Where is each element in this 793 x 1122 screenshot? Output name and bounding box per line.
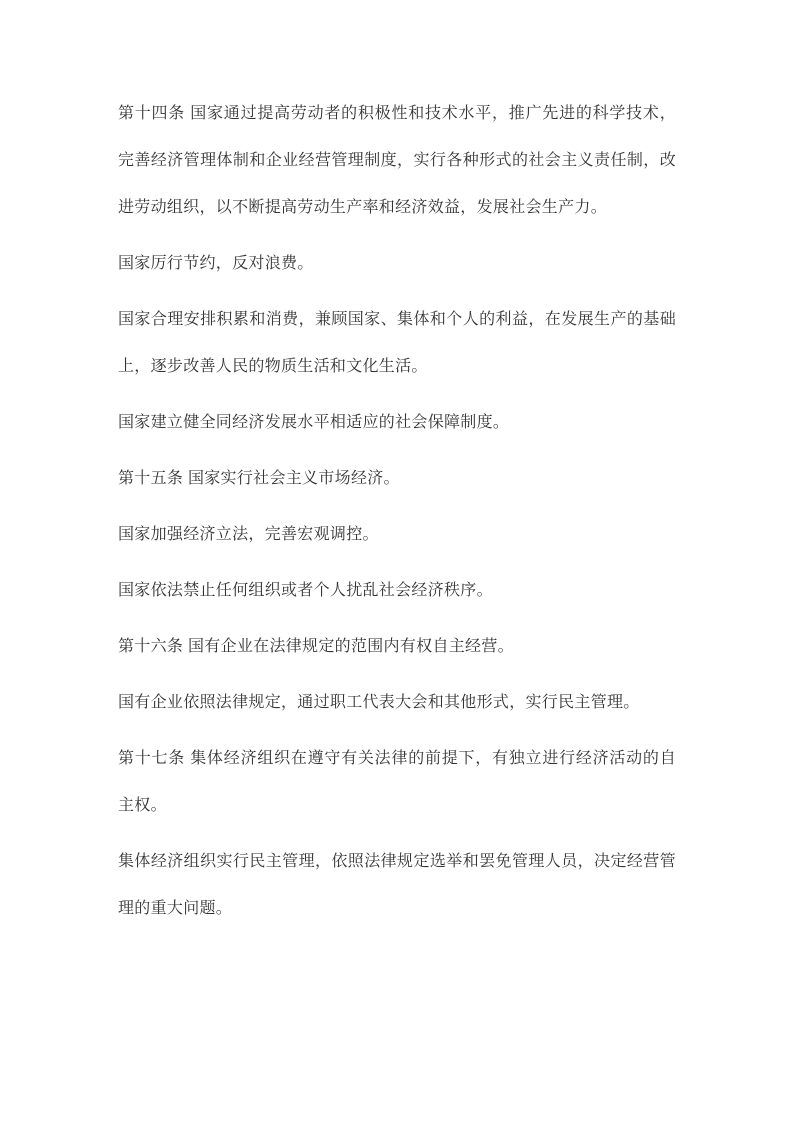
- paragraph-article-16: 第十六条 国有企业在法律规定的范围内有权自主经营。: [118, 623, 676, 670]
- paragraph: 集体经济组织实行民主管理，依照法律规定选举和罢免管理人员，决定经营管理的重大问题…: [118, 838, 676, 932]
- paragraph: 国家加强经济立法，完善宏观调控。: [118, 511, 676, 558]
- paragraph: 国家厉行节约，反对浪费。: [118, 240, 676, 287]
- paragraph: 国家依法禁止任何组织或者个人扰乱社会经济秩序。: [118, 567, 676, 614]
- paragraph-article-14: 第十四条 国家通过提高劳动者的积极性和技术水平，推广先进的科学技术，完善经济管理…: [118, 90, 676, 231]
- paragraph-article-17: 第十七条 集体经济组织在遵守有关法律的前提下，有独立进行经济活动的自主权。: [118, 735, 676, 829]
- document-page: 第十四条 国家通过提高劳动者的积极性和技术水平，推广先进的科学技术，完善经济管理…: [0, 0, 793, 1122]
- paragraph: 国家合理安排积累和消费，兼顾国家、集体和个人的利益，在发展生产的基础上，逐步改善…: [118, 296, 676, 390]
- paragraph: 国家建立健全同经济发展水平相适应的社会保障制度。: [118, 399, 676, 446]
- paragraph: 国有企业依照法律规定，通过职工代表大会和其他形式，实行民主管理。: [118, 679, 676, 726]
- paragraph-article-15: 第十五条 国家实行社会主义市场经济。: [118, 455, 676, 502]
